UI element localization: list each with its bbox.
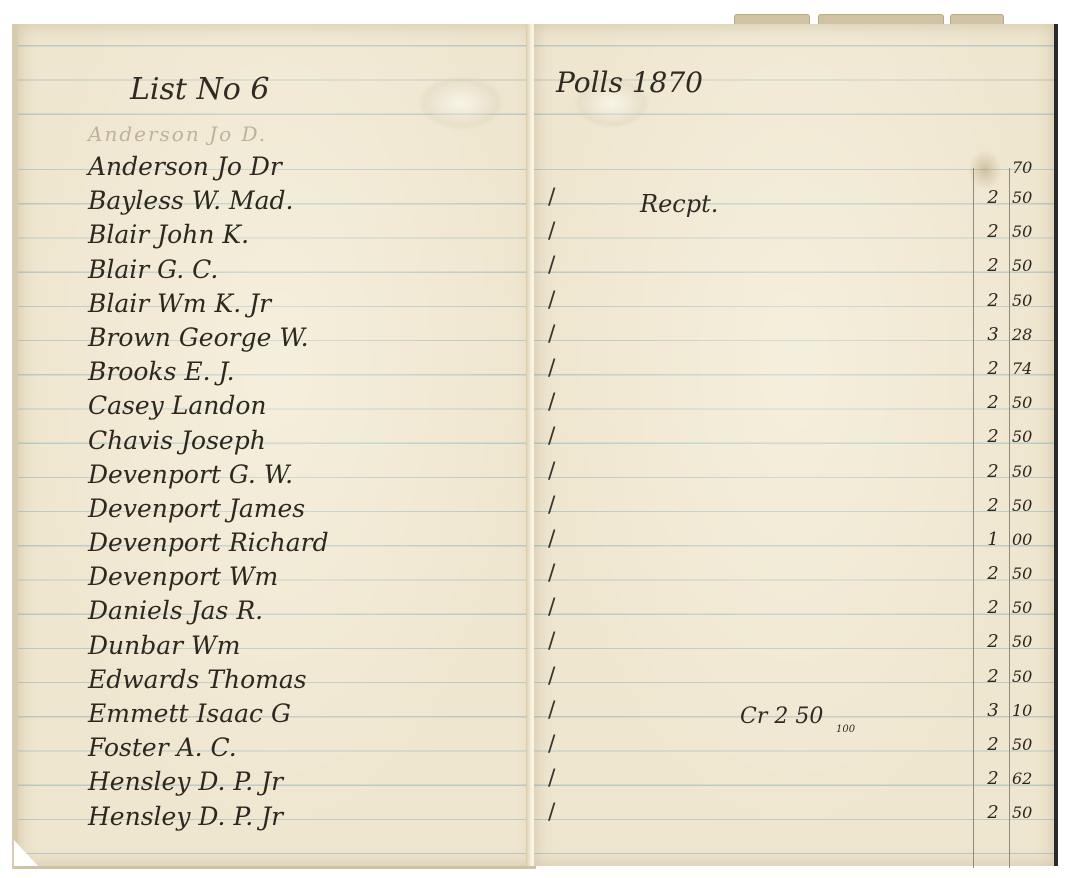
name-entry: Emmett Isaac G [88, 697, 329, 731]
check-mark: / [548, 249, 555, 283]
amount-dollars: 2 [982, 489, 1004, 523]
name-entry: Casey Landon [88, 389, 329, 423]
check-mark: / [548, 489, 555, 523]
amount-cents: 50 [1012, 728, 1046, 762]
amount-cents: 50 [1012, 489, 1046, 523]
amount-dollars: 3 [982, 694, 1004, 728]
name-list: Anderson Jo Dr Bayless W. Mad. Blair Joh… [88, 150, 329, 834]
check-mark: / [548, 215, 555, 249]
amount-column: 250 250 250 250 328 274 250 250 250 250 … [972, 181, 1052, 831]
amount-dollars: 3 [982, 318, 1004, 352]
carried-cents: 70 [1012, 158, 1032, 177]
amount-row: 328 [972, 318, 1052, 352]
amount-dollars: 2 [982, 762, 1004, 796]
check-mark: / [548, 762, 555, 796]
name-entry: Hensley D. P. Jr [88, 800, 329, 834]
check-column: / / / / / / / / / / / / / / / / / / / [548, 181, 555, 831]
amount-row: 250 [972, 455, 1052, 489]
amount-cents: 10 [1012, 694, 1046, 728]
ledger-book: List No 6 Anderson Jo D. Anderson Jo Dr … [0, 0, 1078, 878]
amount-row: 250 [972, 386, 1052, 420]
amount-cents: 74 [1012, 352, 1046, 386]
name-entry: Devenport Richard [88, 526, 329, 560]
name-entry: Anderson Jo Dr [88, 150, 329, 184]
amount-row: 250 [972, 420, 1052, 454]
name-entry: Brooks E. J. [88, 355, 329, 389]
amount-row: 250 [972, 181, 1052, 215]
name-entry: Devenport G. W. [88, 458, 329, 492]
amount-row: 100 [972, 523, 1052, 557]
amount-dollars: 2 [982, 352, 1004, 386]
amount-cents: 28 [1012, 318, 1046, 352]
amount-dollars: 2 [982, 796, 1004, 830]
amount-row: 250 [972, 215, 1052, 249]
credit-subscript: 100 [836, 724, 855, 735]
amount-cents: 50 [1012, 420, 1046, 454]
amount-row: 310 [972, 694, 1052, 728]
faded-entry: Anderson Jo D. [88, 122, 267, 146]
amount-dollars: 1 [982, 523, 1004, 557]
check-mark: / [548, 796, 555, 830]
check-mark: / [548, 660, 555, 694]
check-mark: / [548, 694, 555, 728]
amount-dollars: 2 [982, 660, 1004, 694]
amount-dollars: 2 [982, 455, 1004, 489]
name-entry: Blair G. C. [88, 253, 329, 287]
name-entry: Chavis Joseph [88, 424, 329, 458]
amount-row: 250 [972, 660, 1052, 694]
name-entry: Devenport Wm [88, 560, 329, 594]
amount-cents: 00 [1012, 523, 1046, 557]
amount-row: 262 [972, 762, 1052, 796]
amount-cents: 50 [1012, 215, 1046, 249]
name-entry: Devenport James [88, 492, 329, 526]
name-entry: Brown George W. [88, 321, 329, 355]
check-mark: / [548, 284, 555, 318]
amount-dollars: 2 [982, 215, 1004, 249]
amount-dollars: 2 [982, 591, 1004, 625]
check-mark: / [548, 181, 555, 215]
check-mark: / [548, 523, 555, 557]
name-entry: Blair John K. [88, 218, 329, 252]
amount-row: 250 [972, 489, 1052, 523]
amount-cents: 50 [1012, 249, 1046, 283]
amount-row: 250 [972, 284, 1052, 318]
receipt-note: Recpt. [640, 190, 718, 218]
amount-cents: 50 [1012, 181, 1046, 215]
list-title: List No 6 [130, 72, 269, 107]
polls-title: Polls 1870 [556, 66, 703, 99]
check-mark: / [548, 318, 555, 352]
amount-dollars: 2 [982, 557, 1004, 591]
check-mark: / [548, 386, 555, 420]
name-entry: Bayless W. Mad. [88, 184, 329, 218]
name-entry: Blair Wm K. Jr [88, 287, 329, 321]
amount-row: 250 [972, 625, 1052, 659]
amount-dollars: 2 [982, 249, 1004, 283]
amount-dollars: 2 [982, 181, 1004, 215]
check-mark: / [548, 591, 555, 625]
amount-row: 250 [972, 796, 1052, 830]
amount-cents: 50 [1012, 796, 1046, 830]
amount-dollars: 2 [982, 728, 1004, 762]
emboss-seal [418, 76, 504, 130]
amount-row: 274 [972, 352, 1052, 386]
check-mark: / [548, 625, 555, 659]
name-entry: Foster A. C. [88, 731, 329, 765]
name-entry: Edwards Thomas [88, 663, 329, 697]
name-entry: Hensley D. P. Jr [88, 765, 329, 799]
amount-row: 250 [972, 591, 1052, 625]
amount-dollars: 2 [982, 284, 1004, 318]
amount-cents: 50 [1012, 660, 1046, 694]
amount-cents: 50 [1012, 284, 1046, 318]
name-entry: Dunbar Wm [88, 629, 329, 663]
amount-row: 250 [972, 728, 1052, 762]
amount-cents: 50 [1012, 591, 1046, 625]
credit-note: Cr 2 50 [740, 704, 823, 729]
folded-corner [14, 840, 38, 866]
amount-dollars: 2 [982, 386, 1004, 420]
name-entry: Daniels Jas R. [88, 594, 329, 628]
amount-row: 250 [972, 249, 1052, 283]
amount-dollars: 2 [982, 420, 1004, 454]
check-mark: / [548, 557, 555, 591]
amount-cents: 50 [1012, 557, 1046, 591]
amount-cents: 50 [1012, 625, 1046, 659]
amount-cents: 50 [1012, 386, 1046, 420]
check-mark: / [548, 455, 555, 489]
check-mark: / [548, 728, 555, 762]
amount-cents: 62 [1012, 762, 1046, 796]
amount-cents: 50 [1012, 455, 1046, 489]
amount-dollars: 2 [982, 625, 1004, 659]
check-mark: / [548, 352, 555, 386]
check-mark: / [548, 420, 555, 454]
amount-row: 250 [972, 557, 1052, 591]
